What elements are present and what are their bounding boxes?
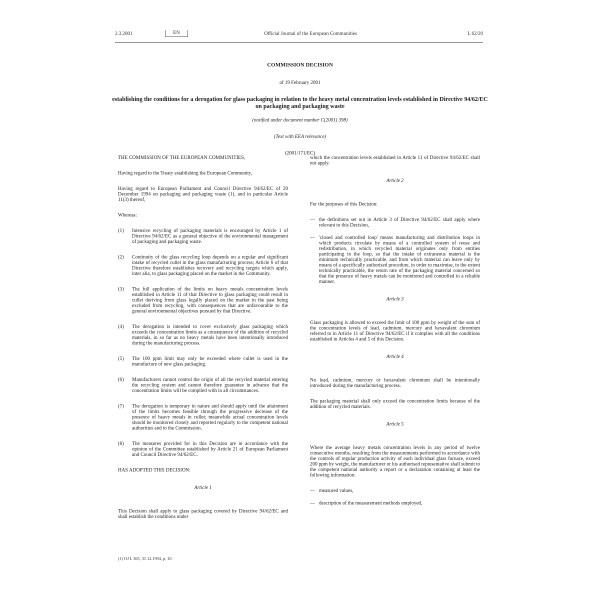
definition-text: 'closed and controlled loop' means manuf… (319, 235, 480, 285)
recital-number: (4) (118, 324, 132, 346)
article5-paragraph: Where the average heavy metals concentra… (310, 445, 480, 478)
article1-heading: Article 1 (118, 485, 288, 491)
recital-number: (3) (118, 287, 132, 315)
article1-paragraph-right: which the concentration levels establish… (310, 155, 480, 166)
eea-relevance-line: (Text with EEA relevance) (109, 134, 491, 140)
citation-directive: Having regard to European Parliament and… (118, 186, 288, 203)
definition-item: — the definitions set out in Article 3 o… (310, 217, 480, 228)
recital-number: (6) (118, 377, 132, 394)
report-info-text: description of the measurement methods e… (319, 501, 422, 507)
article3-paragraph: Glass packaging is allowed to exceed the… (310, 320, 480, 342)
recital-text: Continuity of the glass recycling loop d… (132, 255, 288, 277)
dash-marker: — (310, 501, 315, 507)
recital-number: (2) (118, 255, 132, 277)
recital-text: The derogation is temporary in nature an… (132, 404, 288, 432)
recital-item: (1) Intensive recycling of packaging mat… (118, 228, 288, 245)
definition-text: the definitions set out in Article 3 of … (319, 217, 480, 228)
document-date-line: of 19 February 2001 (109, 80, 491, 86)
recital-text: The measures provided for in this Decisi… (132, 441, 288, 458)
article2-heading: Article 2 (310, 178, 480, 184)
report-info-item: — description of the measurement methods… (310, 501, 480, 507)
recital-item: (6) Manufacturers cannot control the ori… (118, 377, 288, 394)
report-info-item: — measured values, (310, 488, 480, 494)
footnote: (1) OJ L 365, 31.12.1994, p. 10. (118, 556, 288, 566)
recital-item: (7) The derogation is temporary in natur… (118, 404, 288, 432)
article5-heading: Article 5 (310, 422, 480, 428)
journal-title: Official Journal of the European Communi… (188, 31, 433, 37)
article4-paragraph: No lead, cadmium, mercury or hexavalent … (310, 378, 480, 389)
has-adopted-line: HAS ADOPTED THIS DECISION: (118, 468, 288, 474)
article4-paragraph: The packaging material shall only exceed… (310, 399, 480, 410)
notified-line: (notified under document number C(2001) … (109, 118, 491, 124)
header-rule (115, 42, 483, 43)
recital-item: (4) The derogation is intended to cover … (118, 324, 288, 346)
recital-item: (2) Continuity of the glass recycling lo… (118, 255, 288, 277)
document-title: establishing the conditions for a deroga… (109, 96, 491, 110)
right-column: which the concentration levels establish… (310, 155, 480, 579)
document-type-heading: COMMISSION DECISION (109, 62, 491, 68)
header-date: 2.3.2001 (115, 31, 165, 37)
footnote-text: (1) OJ L 365, 31.12.1994, p. 10. (118, 556, 173, 561)
article2-intro: For the purposes of this Decision: (310, 202, 480, 208)
recital-number: (7) (118, 404, 132, 432)
recital-item: (3) The full application of the limits o… (118, 287, 288, 315)
recital-number: (5) (118, 356, 132, 367)
language-code-box: EN (165, 30, 188, 37)
article1-paragraph-left: This Decision shall apply to glass packa… (118, 509, 288, 520)
commission-line: THE COMMISSION OF THE EUROPEAN COMMUNITI… (118, 155, 288, 161)
dash-marker: — (310, 217, 315, 223)
report-info-text: measured values, (319, 488, 353, 494)
page-reference: L 62/20 (433, 31, 483, 37)
recital-text: Manufacturers cannot control the origin … (132, 377, 288, 394)
recital-number: (8) (118, 441, 132, 458)
recital-text: The full application of the limits on he… (132, 287, 288, 315)
whereas-label: Whereas: (118, 213, 288, 219)
citation-treaty: Having regard to the Treaty establishing… (118, 171, 288, 177)
page-header: 2.3.2001 EN Official Journal of the Euro… (115, 30, 483, 42)
article4-heading: Article 4 (310, 354, 480, 360)
recital-item: (8) The measures provided for in this De… (118, 441, 288, 458)
recital-number: (1) (118, 228, 132, 245)
dash-marker: — (310, 235, 315, 241)
recital-text: The 100 ppm limit may only be exceeded w… (132, 356, 288, 367)
recital-item: (5) The 100 ppm limit may only be exceed… (118, 356, 288, 367)
article3-heading: Article 3 (310, 297, 480, 303)
recital-text: Intensive recycling of packaging materia… (132, 228, 288, 245)
dash-marker: — (310, 488, 315, 494)
recital-text: The derogation is intended to cover excl… (132, 324, 288, 346)
left-column: THE COMMISSION OF THE EUROPEAN COMMUNITI… (118, 155, 288, 579)
definition-item: — 'closed and controlled loop' means man… (310, 235, 480, 285)
